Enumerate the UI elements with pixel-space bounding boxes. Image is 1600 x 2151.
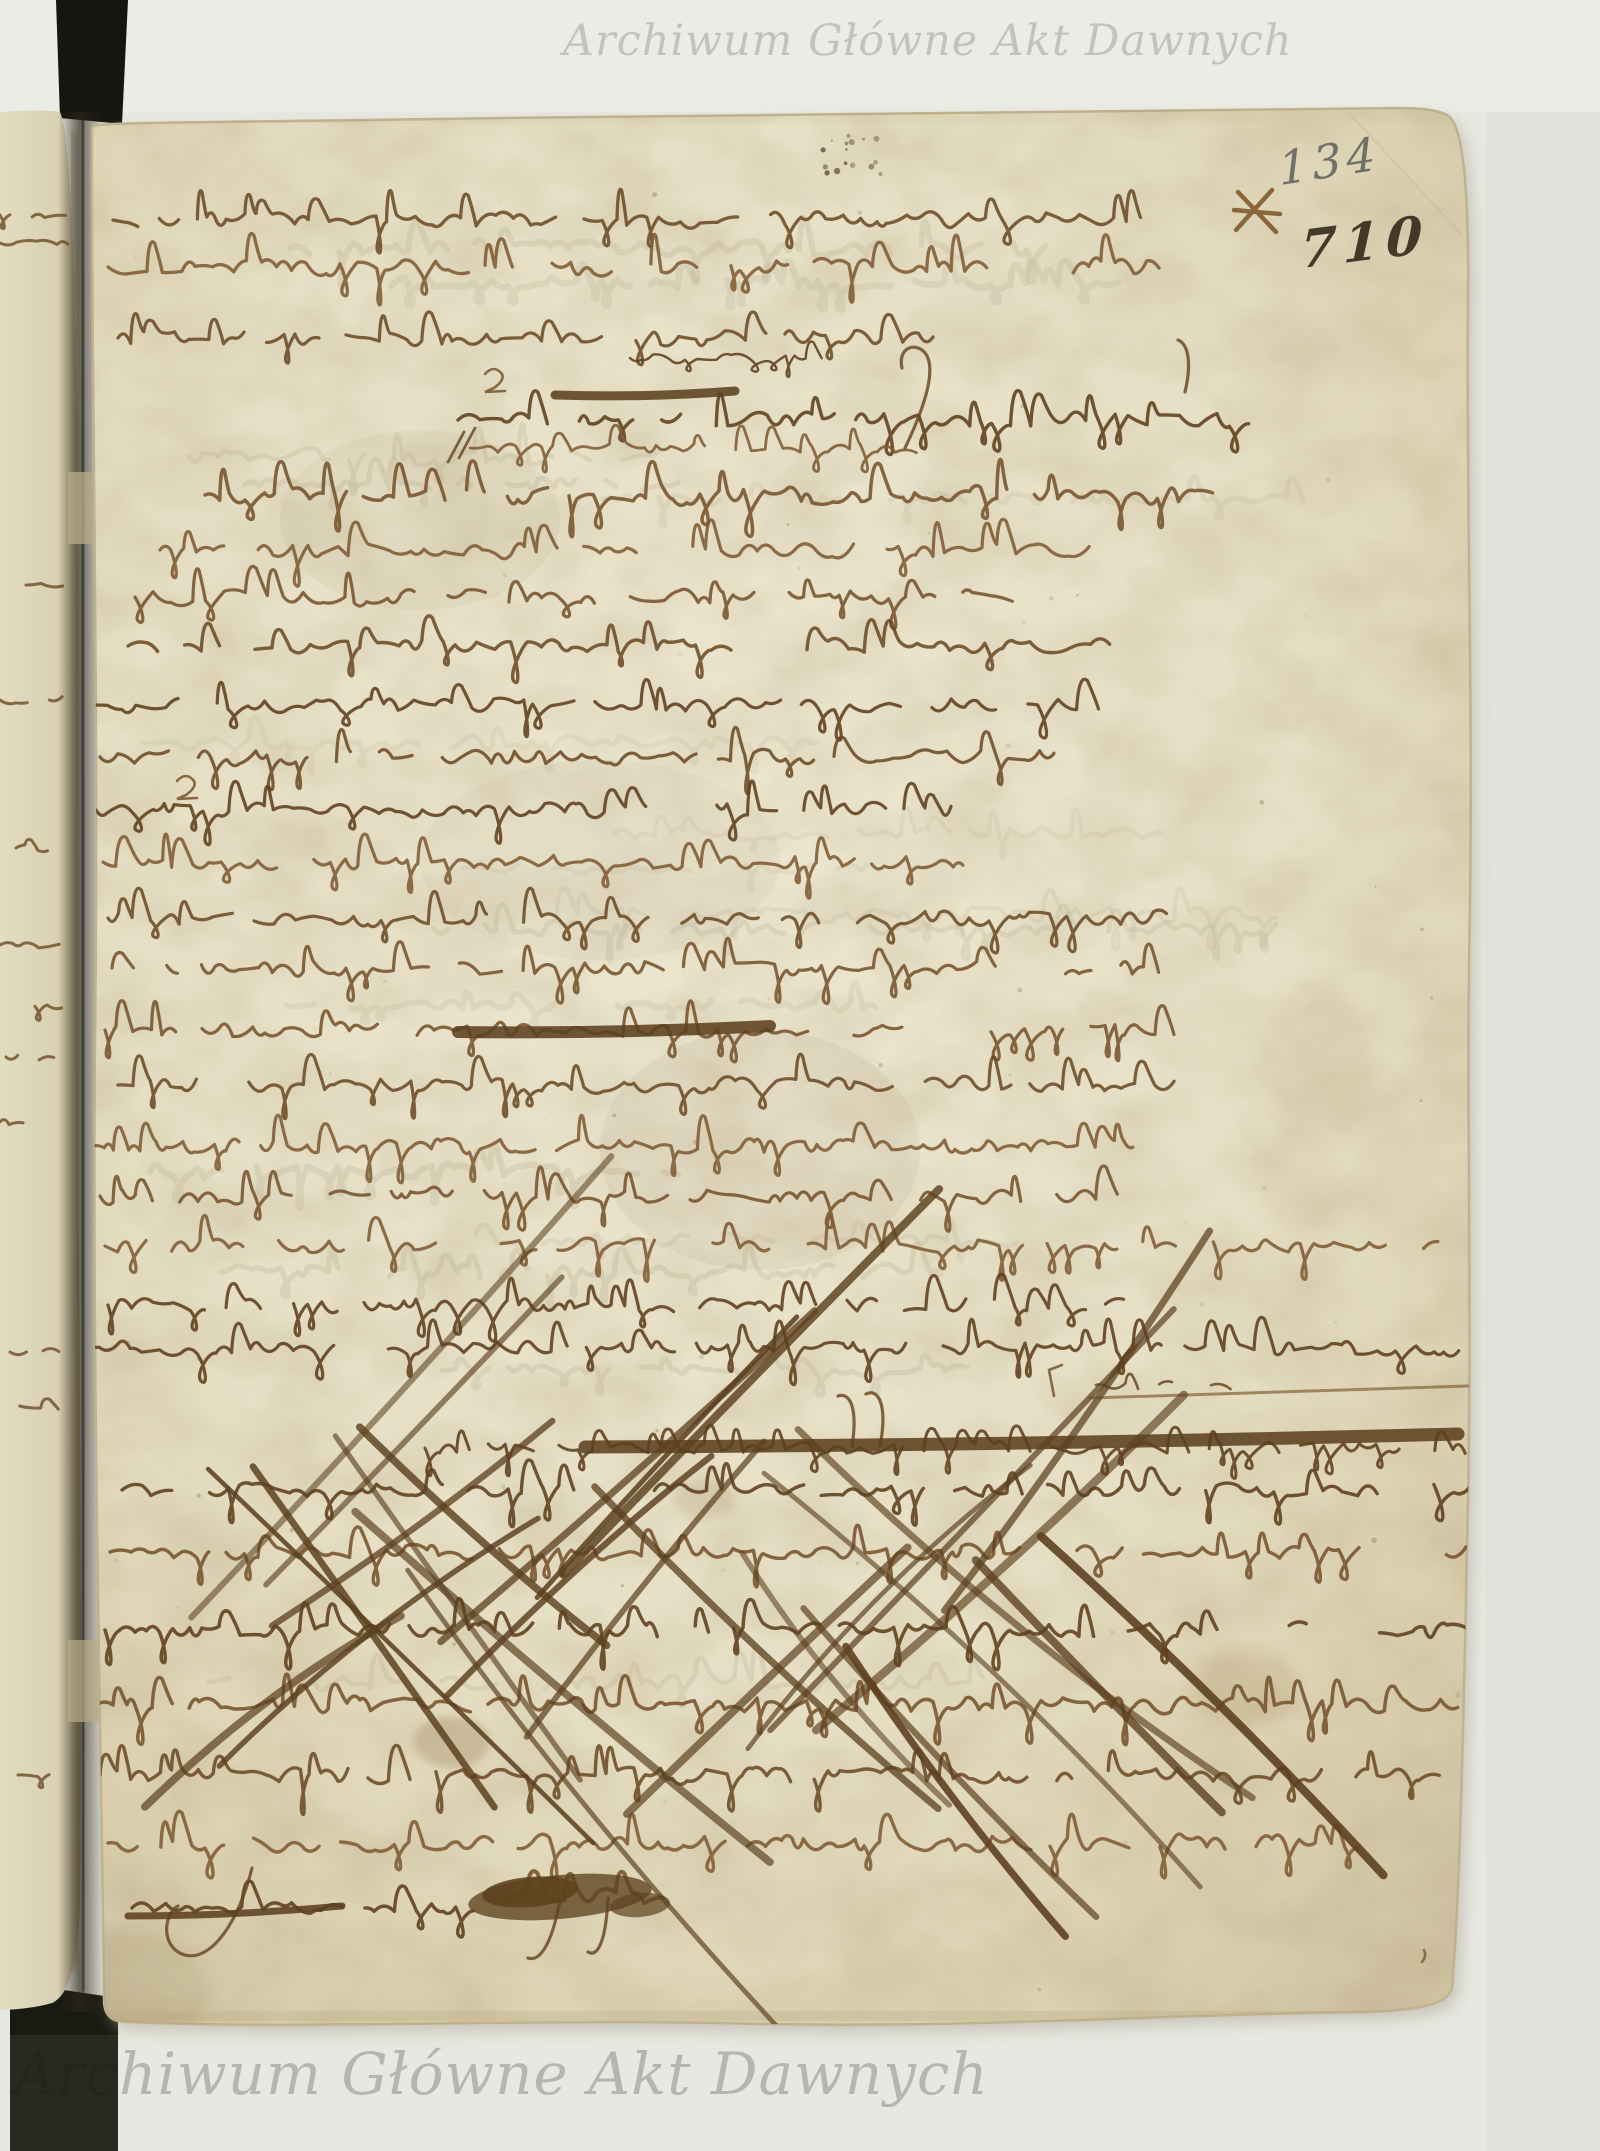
paper-speck [1430,996,1433,999]
paper-speck [878,1063,883,1068]
paper-speck [545,1118,547,1120]
paper-speck [1271,1474,1277,1480]
bleedthrough-blotch [600,1030,920,1270]
paper-speck [114,1558,119,1563]
foxing-speck [823,164,828,169]
bleedthrough-blotch [420,760,780,960]
paper-speck [498,199,502,203]
foxing-speck [846,134,850,138]
paper-speck [612,1114,616,1118]
paper-speck [846,1510,848,1512]
paper-speck [1303,614,1306,617]
paper-speck [501,1484,506,1489]
foxing-speck [878,172,882,176]
paper-speck [1199,1302,1205,1308]
paper-speck [1371,1538,1376,1543]
paper-speck [503,573,507,577]
paper-speck [1009,1074,1011,1076]
foxing-speck [834,168,840,174]
foxing-speck [845,148,847,150]
manuscript-scan: Archiwum Główne Akt Dawnych Archiwum Głó… [0,0,1600,2151]
paper-speck [1420,1099,1423,1102]
paper-speck [1262,1186,1267,1191]
paper-speck [1179,1901,1181,1903]
foxing-speck [821,147,826,152]
paper-speck [383,979,387,983]
paper-speck [1375,886,1377,888]
foxing-speck [849,139,855,145]
paper-speck [1184,1222,1187,1225]
paper-speck [928,532,930,534]
paper-speck [197,1493,201,1497]
paper-speck [677,651,682,656]
paper-speck [721,1569,725,1573]
paper-speck [786,523,789,526]
background-right-band [1485,0,1600,2151]
paper-speck [1326,478,1331,483]
foxing-speck [844,161,848,165]
paper-speck [767,998,770,1001]
paper-speck [1017,987,1022,992]
strikethrough [555,391,735,396]
paper-speck [858,211,862,215]
paper-speck [867,1172,871,1176]
paper-speck [452,1642,456,1646]
paper-speck [828,716,831,719]
paper-speck [369,1998,372,2001]
foxing-speck [824,170,829,175]
foxing-speck [831,140,833,142]
foxing-speck [873,136,879,142]
paper-speck [276,618,278,620]
foxing-speck [845,142,849,146]
foxing-speck [873,160,878,165]
paper-speck [329,1072,332,1075]
paper-speck [637,957,639,959]
paper-speck [1260,800,1264,804]
paper-speck [644,404,647,407]
paper-speck [1021,619,1026,624]
paper-speck [560,1494,563,1497]
binding-spine-top [56,0,128,124]
paper-speck [379,976,383,980]
paper-speck [856,1562,859,1565]
paper-speck [1110,1630,1115,1635]
paper-speck [1252,240,1257,245]
paper-speck [1349,1377,1352,1380]
scan-canvas [0,0,1600,2151]
binding-spine-bottom-shade [10,2035,118,2151]
paper-speck [798,567,801,570]
background-top-band [0,0,1600,112]
foxing-speck [862,138,865,141]
paper-speck [817,1560,822,1565]
paper-speck [1455,1691,1461,1697]
paper-speck [857,909,859,911]
paper-speck [652,192,657,197]
paper-speck [313,1027,317,1031]
paper-speck [1420,927,1424,931]
paper-speck [176,1606,178,1608]
paper-speck [621,1584,624,1587]
paper-speck [638,1388,641,1391]
paper-speck [358,325,363,330]
paper-speck [699,1355,704,1360]
paper-speck [655,1429,659,1433]
paper-speck [713,764,717,768]
foxing-speck [868,164,874,170]
strikethrough [458,1026,770,1032]
paper-speck [1037,1988,1041,1992]
paper-speck [101,1668,103,1670]
paper-speck [1142,397,1147,402]
paper-speck [1049,596,1054,601]
paper-speck [1335,1321,1338,1324]
paper-speck [800,1404,803,1407]
paper-speck [1006,743,1011,748]
foxing-speck [850,163,855,168]
paper-speck [663,1800,668,1805]
paper-speck [1076,594,1079,597]
paper-speck [134,255,136,257]
